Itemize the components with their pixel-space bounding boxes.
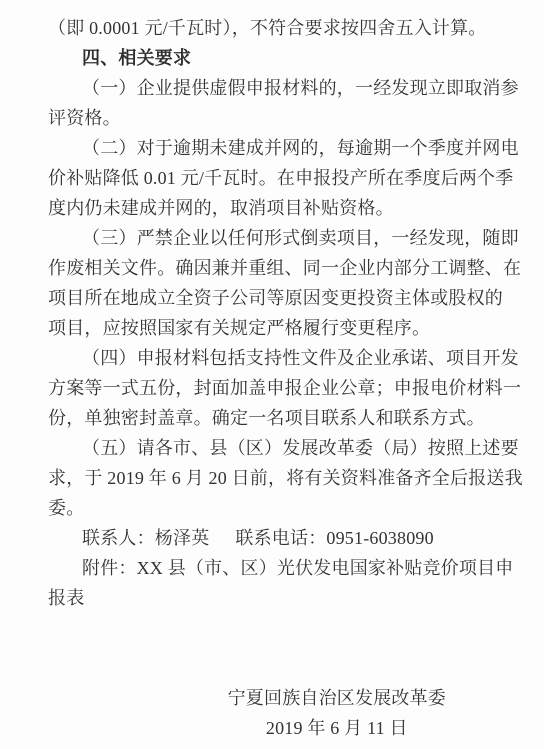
attachment-line: 附件：XX 县（市、区）光伏发电国家补贴竞价项目申: [48, 553, 516, 583]
body-line: 求，于 2019 年 6 月 20 日前，将有关资料准备齐全后报送我: [48, 463, 516, 493]
contact-person: 联系人：杨泽英: [82, 528, 209, 548]
body-line: （二）对于逾期未建成并网的，每逾期一个季度并网电: [48, 133, 516, 163]
body-line: 项目，应按照国家有关规定严格履行变更程序。: [48, 313, 516, 343]
body-line: 方案等一式五份，封面加盖申报企业公章；申报电价材料一: [48, 373, 516, 403]
contact-phone: 联系电话：0951-6038090: [235, 528, 433, 548]
body-line: 度内仍未建成并网的，取消项目补贴资格。: [48, 193, 516, 223]
body-line: 作废相关文件。确因兼并重组、同一企业内部分工调整、在: [48, 253, 516, 283]
body-line: 项目所在地成立全资子公司等原因变更投资主体或股权的: [48, 283, 516, 313]
body-line: （一）企业提供虚假申报材料的，一经发现立即取消参: [48, 73, 516, 103]
issuer-name: 宁夏回族自治区发展改革委: [228, 683, 446, 713]
body-line: （即 0.0001 元/千瓦时），不符合要求按四舍五入计算。: [48, 13, 516, 43]
document-page: （即 0.0001 元/千瓦时），不符合要求按四舍五入计算。 四、相关要求 （一…: [0, 0, 544, 749]
body-line: 委。: [48, 493, 516, 523]
body-line: 份，单独密封盖章。确定一名项目联系人和联系方式。: [48, 403, 516, 433]
issue-date: 2019 年 6 月 11 日: [228, 713, 446, 743]
attachment-line: 报表: [48, 583, 516, 613]
body-line: （四）申报材料包括支持性文件及企业承诺、项目开发: [48, 343, 516, 373]
contact-line: 联系人：杨泽英联系电话：0951-6038090: [48, 523, 516, 553]
signature-block: 宁夏回族自治区发展改革委 2019 年 6 月 11 日: [228, 683, 446, 743]
document-body: （即 0.0001 元/千瓦时），不符合要求按四舍五入计算。 四、相关要求 （一…: [0, 0, 544, 743]
section-heading: 四、相关要求: [48, 43, 516, 73]
body-line: 价补贴降低 0.01 元/千瓦时。在申报投产所在季度后两个季: [48, 163, 516, 193]
body-line: （五）请各市、县（区）发展改革委（局）按照上述要: [48, 433, 516, 463]
body-line: 评资格。: [48, 103, 516, 133]
body-line: （三）严禁企业以任何形式倒卖项目，一经发现，随即: [48, 223, 516, 253]
